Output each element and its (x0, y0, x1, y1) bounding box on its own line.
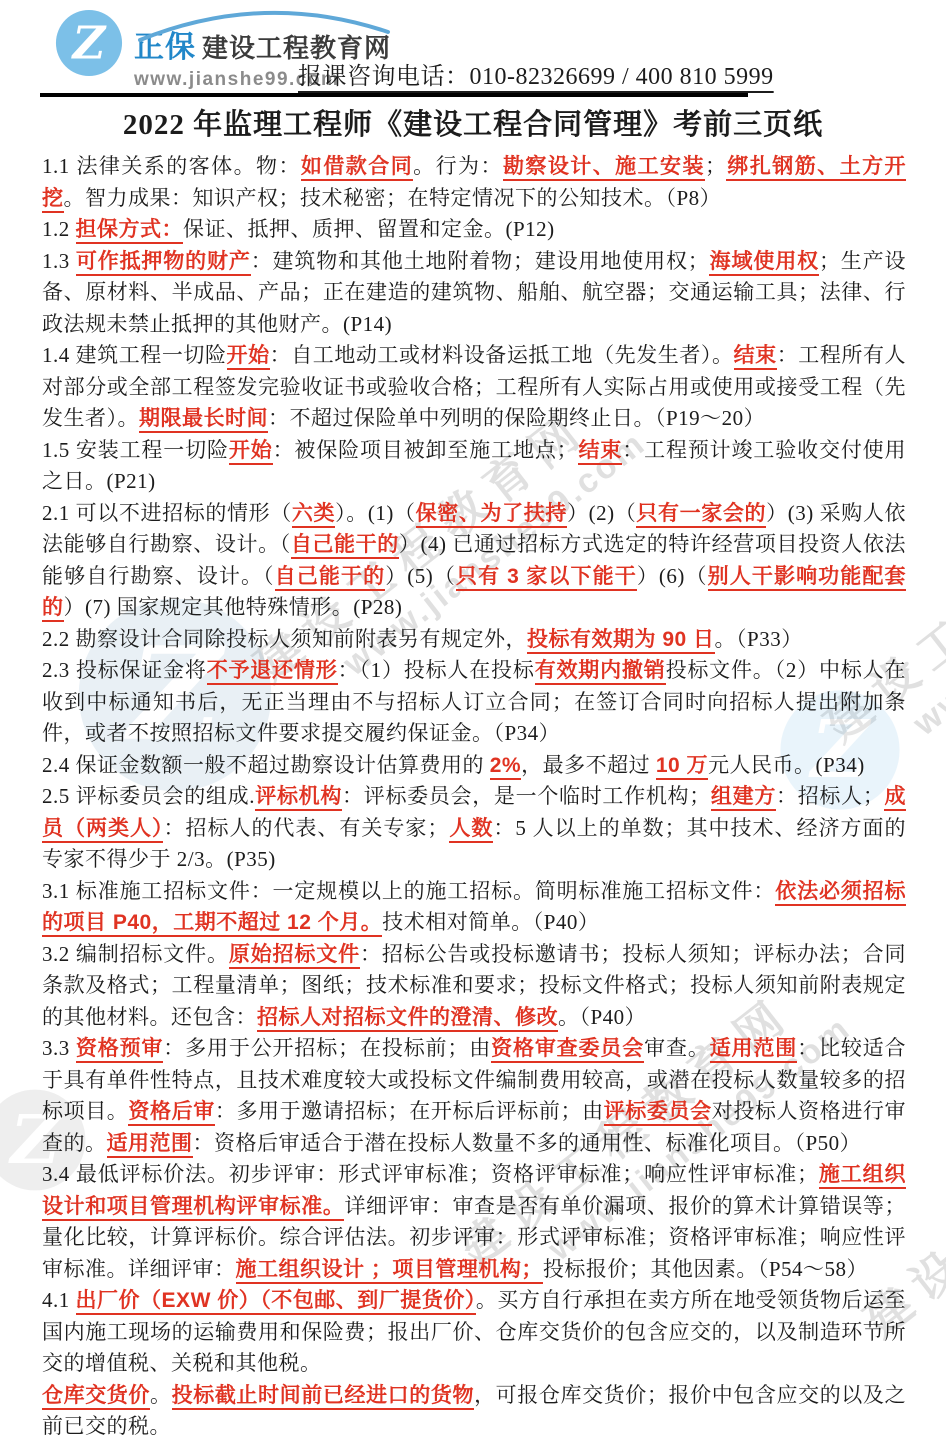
body-text: 1.4 建筑工程一切险 (42, 343, 227, 367)
highlighted-text: 开始 (229, 439, 273, 465)
highlighted-text: 评标委员会 (604, 1100, 712, 1126)
body-text: 元人民币。(P34) (708, 753, 865, 777)
highlighted-text: 施工组织设计 ；项目管理机构； (236, 1258, 543, 1284)
body-text: 。（P40） (558, 1005, 646, 1029)
body-text: 2.1 可以不进招标的情形（ (42, 501, 292, 525)
highlighted-text: 适用范围 (107, 1132, 193, 1158)
body-text: 4.1 (42, 1288, 76, 1312)
header-divider (40, 93, 748, 97)
body-text: ：建筑物和其他土地附着物；建设用地使用权； (251, 249, 710, 273)
document-body: 1.1 法律关系的客体。物：如借款合同。行为：勘察设计、施工安装；绑扎钢筋、土方… (42, 151, 906, 1443)
body-text: ：不超过保险单中列明的保险期终止日。（P19～20） (268, 406, 765, 430)
paragraph: 1.3 可作抵押物的财产：建筑物和其他土地附着物；建设用地使用权；海域使用权；生… (42, 246, 906, 341)
highlighted-text: 结束 (734, 344, 777, 370)
page-title: 2022 年监理工程师《建设工程合同管理》考前三页纸 (0, 102, 946, 143)
svg-text:Z: Z (71, 17, 107, 70)
paragraph: 2.4 保证金数额一般不超过勘察设计估算费用的 2%，最多不超过 10 万元人民… (42, 750, 906, 782)
paragraph: 1.2 担保方式：保证、抵押、质押、留置和定金。(P12) (42, 214, 906, 246)
body-text: 2.5 评标委员会的组成. (42, 784, 255, 808)
highlighted-text: 原始招标文件 (229, 943, 360, 969)
highlighted-text: 担保方式： (76, 218, 184, 244)
body-text: 。行为： (413, 154, 503, 178)
body-text: 2.2 勘察设计合同除投标人须知前附表另有规定外， (42, 627, 527, 651)
body-text: ：多用于公开招标；在投标前；由 (163, 1036, 491, 1060)
body-text: ）(7) 国家规定其他特殊情形。(P28) (64, 595, 403, 619)
body-text: ：资格后审适合于潜在投标人数量不多的通用性、标准化项目。（P50） (193, 1131, 862, 1155)
highlighted-text: 自己能干的 (291, 533, 399, 559)
body-text: ）(5)（ (385, 564, 456, 588)
body-text: ：招标人的代表、有关专家； (163, 816, 448, 840)
highlighted-text: 2% (490, 754, 521, 780)
body-text: 。（P33） (715, 627, 803, 651)
body-text: ：（1）投标人在投标 (338, 658, 535, 682)
body-text: ）(6)（ (637, 564, 708, 588)
body-text: 保证、抵押、质押、留置和定金。(P12) (183, 217, 555, 241)
paragraph: 3.4 最低评标价法。初步评审：形式评审标准；资格评审标准；响应性评审标准；施工… (42, 1159, 906, 1285)
body-text: 3.1 标准施工招标文件：一定规模以上的施工招标。简明标准施工招标文件： (42, 879, 775, 903)
body-text: 3.3 (42, 1036, 76, 1060)
body-text: 技术相对简单。（P40） (382, 910, 599, 934)
body-text: ：被保险项目被卸至施工地点； (273, 438, 579, 462)
highlighted-text: 开始 (227, 344, 270, 370)
highlighted-text: 只有 3 家以下能干 (456, 565, 637, 591)
paragraph: 2.1 可以不进招标的情形（六类）。(1)（保密、为了扶持）(2)（只有一家会的… (42, 498, 906, 624)
highlighted-text: 可作抵押物的财产 (76, 250, 251, 276)
highlighted-text: 招标人对招标文件的澄清、修改 (257, 1006, 558, 1032)
paragraph: 3.1 标准施工招标文件：一定规模以上的施工招标。简明标准施工招标文件：依法必须… (42, 876, 906, 939)
highlighted-text: 海域使用权 (709, 250, 819, 276)
highlighted-text: 六类 (292, 502, 335, 528)
highlighted-text: 有效期内撤销 (535, 659, 666, 685)
highlighted-text: 投标有效期为 90 日 (527, 628, 715, 654)
body-text: 3.2 编制招标文件。 (42, 942, 229, 966)
body-text: ，最多不超过 (521, 753, 656, 777)
highlighted-text: 出厂价（EXW 价）（不包邮、到厂提货价） (76, 1289, 476, 1315)
paragraph: 1.5 安装工程一切险开始：被保险项目被卸至施工地点；结束：工程预计竣工验收交付… (42, 435, 906, 498)
logo-arc-icon (136, 2, 392, 42)
highlighted-text: 10 万 (656, 754, 708, 780)
highlighted-text: 结束 (578, 439, 622, 465)
highlighted-text: 保密、为了扶持 (416, 502, 567, 528)
body-text: ：多用于邀请招标；在开标后评标前；由 (215, 1099, 604, 1123)
page: 建设工程教育网 www.jianshe99.com 建设工程教育网 www.ji… (0, 0, 946, 1456)
highlighted-text: 如借款合同 (301, 155, 413, 181)
paragraph: 仓库交货价。投标截止时间前已经进口的货物，可报仓库交货价；报价中包含应交的以及之… (42, 1380, 906, 1443)
body-text: 。智力成果：知识产权；技术秘密；在特定情况下的公知技术。（P8） (64, 186, 722, 210)
body-text: ； (705, 154, 727, 178)
highlighted-text: 投标截止时间前已经进口的货物 (172, 1384, 474, 1410)
paragraph: 1.4 建筑工程一切险开始：自工地动工或材料设备运抵工地（先发生者）。结束：工程… (42, 340, 906, 435)
body-text: ：招标人； (776, 784, 884, 808)
body-text: 2.3 投标保证金将 (42, 658, 207, 682)
body-text: ）。(1)（ (335, 501, 416, 525)
highlighted-text: 自己能干的 (275, 565, 386, 591)
paragraph: 2.3 投标保证金将不予退还情形：（1）投标人在投标有效期内撤销投标文件。（2）… (42, 655, 906, 750)
body-text: ：评标委员会，是一个临时工作机构； (342, 784, 711, 808)
highlighted-text: 资格预审 (76, 1037, 163, 1063)
body-text: 投标报价；其他因素。（P54～58） (543, 1257, 868, 1281)
paragraph: 2.5 评标委员会的组成.评标机构：评标委员会，是一个临时工作机构；组建方：招标… (42, 781, 906, 876)
body-text: 。 (150, 1383, 172, 1407)
paragraph: 3.3 资格预审：多用于公开招标；在投标前；由资格审查委员会审查。适用范围：比较… (42, 1033, 906, 1159)
body-text: 审查。 (644, 1036, 710, 1060)
paragraph: 2.2 勘察设计合同除投标人须知前附表另有规定外，投标有效期为 90 日。（P3… (42, 624, 906, 656)
body-text: 1.3 (42, 249, 76, 273)
highlighted-text: 期限最长时间 (139, 407, 268, 433)
highlighted-text: 只有一家会的 (636, 502, 766, 528)
highlighted-text: 不予退还情形 (207, 659, 338, 685)
highlighted-text: 适用范围 (710, 1037, 797, 1063)
highlighted-text: 人数 (449, 817, 493, 843)
phone-line: 报课咨询电话：010-82326699 / 400 810 5999 (298, 56, 774, 91)
body-text: 1.1 法律关系的客体。物： (42, 154, 301, 178)
paragraph: 1.1 法律关系的客体。物：如借款合同。行为：勘察设计、施工安装；绑扎钢筋、土方… (42, 151, 906, 214)
highlighted-text: 评标机构 (255, 785, 342, 811)
logo-z-icon: Z (54, 8, 124, 78)
paragraph: 4.1 出厂价（EXW 价）（不包邮、到厂提货价）。买方自行承担在卖方所在地受领… (42, 1285, 906, 1380)
highlighted-text: 勘察设计、施工安装 (503, 155, 705, 181)
highlighted-text: 仓库交货价 (42, 1384, 150, 1410)
paragraph: 3.2 编制招标文件。原始招标文件：招标公告或投标邀请书；投标人须知；评标办法；… (42, 939, 906, 1034)
highlighted-text: 资格后审 (128, 1100, 214, 1126)
body-text: 3.4 最低评标价法。初步评审：形式评审标准；资格评审标准；响应性评审标准； (42, 1162, 819, 1186)
body-text: ）(2)（ (567, 501, 636, 525)
highlighted-text: 组建方 (711, 785, 776, 811)
highlighted-text: 资格审查委员会 (491, 1037, 644, 1063)
body-text: 1.5 安装工程一切险 (42, 438, 229, 462)
body-text: 1.2 (42, 217, 76, 241)
body-text: 2.4 保证金数额一般不超过勘察设计估算费用的 (42, 753, 490, 777)
body-text: ：自工地动工或材料设备运抵工地（先发生者）。 (270, 343, 734, 367)
